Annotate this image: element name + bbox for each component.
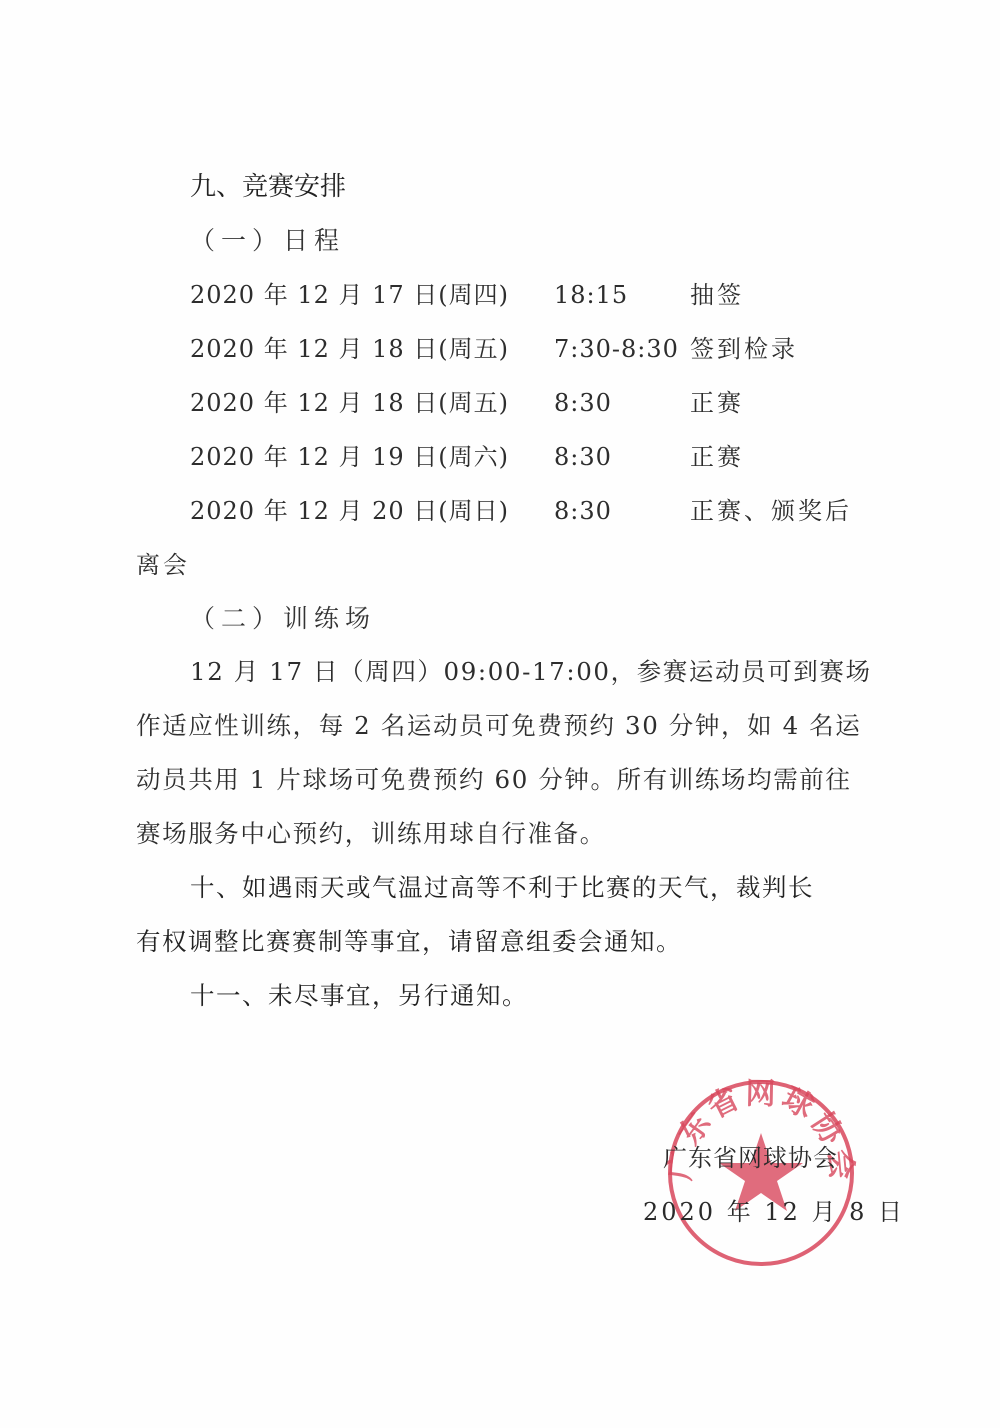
schedule-date: 2020 年 12 月 18 日(周五) [190, 388, 509, 418]
section-10-line: 十、如遇雨天或气温过高等不利于比赛的天气，裁判长 [190, 873, 814, 903]
schedule-date: 2020 年 12 月 18 日(周五) [190, 334, 509, 364]
schedule-event: 正赛、颁奖后 [690, 496, 852, 526]
training-paragraph-line: 作适应性训练，每 2 名运动员可免费预约 30 分钟，如 4 名运 [136, 711, 861, 741]
training-paragraph-line: 12 月 17 日（周四）09:00-17:00，参赛运动员可到赛场 [190, 657, 872, 687]
schedule-event: 正赛 [690, 388, 744, 418]
section-10-line: 有权调整比赛赛制等事宜，请留意组委会通知。 [136, 927, 682, 957]
schedule-time: 8:30 [554, 496, 612, 526]
schedule-time: 8:30 [554, 388, 612, 418]
schedule-event: 正赛 [690, 442, 744, 472]
section-9-heading: 九、竞赛安排 [190, 172, 346, 202]
schedule-event: 抽签 [690, 280, 744, 310]
training-paragraph-line: 动员共用 1 片球场可免费预约 60 分钟。所有训练场均需前往 [136, 765, 852, 795]
subsection-training-heading: （二）训练场 [190, 604, 376, 634]
official-seal-icon: 广东省网球协会 [665, 1077, 857, 1269]
training-paragraph-line: 赛场服务中心预约，训练用球自行准备。 [136, 819, 606, 849]
document-page: 九、竞赛安排 （一）日程 2020 年 12 月 17 日(周四) 18:15 … [0, 0, 1000, 1428]
schedule-event: 签到检录 [690, 334, 798, 364]
schedule-date: 2020 年 12 月 17 日(周四) [190, 280, 509, 310]
schedule-wrap-text: 离会 [136, 550, 190, 580]
signature-date: 2020 年 12 月 8 日 [643, 1192, 905, 1227]
schedule-time: 7:30-8:30 [554, 334, 679, 364]
subsection-schedule-heading: （一）日程 [190, 226, 345, 256]
section-11-text: 十一、未尽事宜，另行通知。 [190, 981, 528, 1011]
signature-org: 广东省网球协会 [663, 1138, 838, 1173]
schedule-date: 2020 年 12 月 20 日(周日) [190, 496, 509, 526]
schedule-time: 8:30 [554, 442, 612, 472]
schedule-date: 2020 年 12 月 19 日(周六) [190, 442, 509, 472]
schedule-time: 18:15 [554, 280, 628, 310]
